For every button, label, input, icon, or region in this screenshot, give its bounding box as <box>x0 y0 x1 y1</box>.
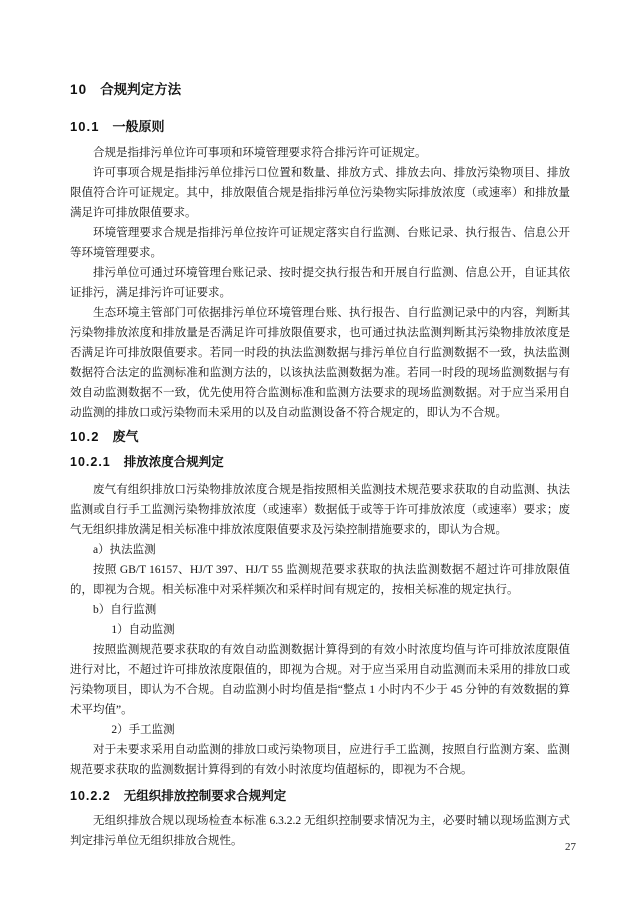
heading-chapter-10-title: 合规判定方法 <box>100 82 181 97</box>
heading-section-10-1-number: 10.1 <box>70 119 99 134</box>
heading-section-10-1-title: 一般原则 <box>112 119 164 134</box>
heading-subsection-10-2-1-number: 10.2.1 <box>70 455 111 469</box>
heading-subsection-10-2-2-number: 10.2.2 <box>70 789 111 803</box>
paragraph-fugitive-emission-compliance: 无组织排放合规以现场检查本标准 6.3.2.2 无组织控制要求情况为主，必要时辅… <box>70 811 570 851</box>
page-number: 27 <box>565 837 576 857</box>
heading-section-10-2-number: 10.2 <box>70 429 99 444</box>
heading-subsection-10-2-1: 10.2.1排放浓度合规判定 <box>70 454 570 471</box>
heading-subsection-10-2-2: 10.2.2无组织排放控制要求合规判定 <box>70 788 570 805</box>
paragraph-manual-monitoring: 对于未要求采用自动监测的排放口或污染物项目，应进行手工监测，按照自行监测方案、监… <box>70 740 570 780</box>
list-item-b1-automatic-monitoring: 1）自动监测 <box>70 620 570 640</box>
heading-section-10-2: 10.2废气 <box>70 428 570 445</box>
list-item-b2-manual-monitoring: 2）手工监测 <box>70 720 570 740</box>
heading-section-10-2-title: 废气 <box>112 429 138 444</box>
paragraph-compliance-definition: 合规是指排污单位许可事项和环境管理要求符合排污许可证规定。 <box>70 143 570 163</box>
heading-chapter-10: 10合规判定方法 <box>70 81 570 98</box>
heading-subsection-10-2-2-title: 无组织排放控制要求合规判定 <box>124 789 287 803</box>
document-page: 10合规判定方法 10.1一般原则 合规是指排污单位许可事项和环境管理要求符合排… <box>0 0 640 905</box>
paragraph-authority-judgment: 生态环境主管部门可依据排污单位环境管理台账、执行报告、自行监测记录中的内容，判断… <box>70 303 570 423</box>
heading-subsection-10-2-1-title: 排放浓度合规判定 <box>124 455 224 469</box>
heading-section-10-1: 10.1一般原则 <box>70 118 570 135</box>
paragraph-self-certification: 排污单位可通过环境管理台账记录、按时提交执行报告和开展自行监测、信息公开，自证其… <box>70 263 570 303</box>
heading-chapter-10-number: 10 <box>70 82 87 97</box>
paragraph-permit-items-compliance: 许可事项合规是指排污单位排污口位置和数量、排放方式、排放去向、排放污染物项目、排… <box>70 163 570 223</box>
list-item-b-self-monitoring: b）自行监测 <box>70 600 570 620</box>
list-item-a-enforcement-monitoring: a）执法监测 <box>70 540 570 560</box>
paragraph-enforcement-monitoring: 按照 GB/T 16157、HJ/T 397、HJ/T 55 监测规范要求获取的… <box>70 560 570 600</box>
paragraph-automatic-monitoring: 按照监测规范要求获取的有效自动监测数据计算得到的有效小时浓度均值与许可排放浓度限… <box>70 640 570 720</box>
document-body: 10合规判定方法 10.1一般原则 合规是指排污单位许可事项和环境管理要求符合排… <box>70 81 570 851</box>
paragraph-env-management-compliance: 环境管理要求合规是指排污单位按许可证规定落实自行监测、台账记录、执行报告、信息公… <box>70 223 570 263</box>
paragraph-concentration-compliance-intro: 废气有组织排放口污染物排放浓度合规是指按照相关监测技术规范要求获取的自动监测、执… <box>70 480 570 540</box>
